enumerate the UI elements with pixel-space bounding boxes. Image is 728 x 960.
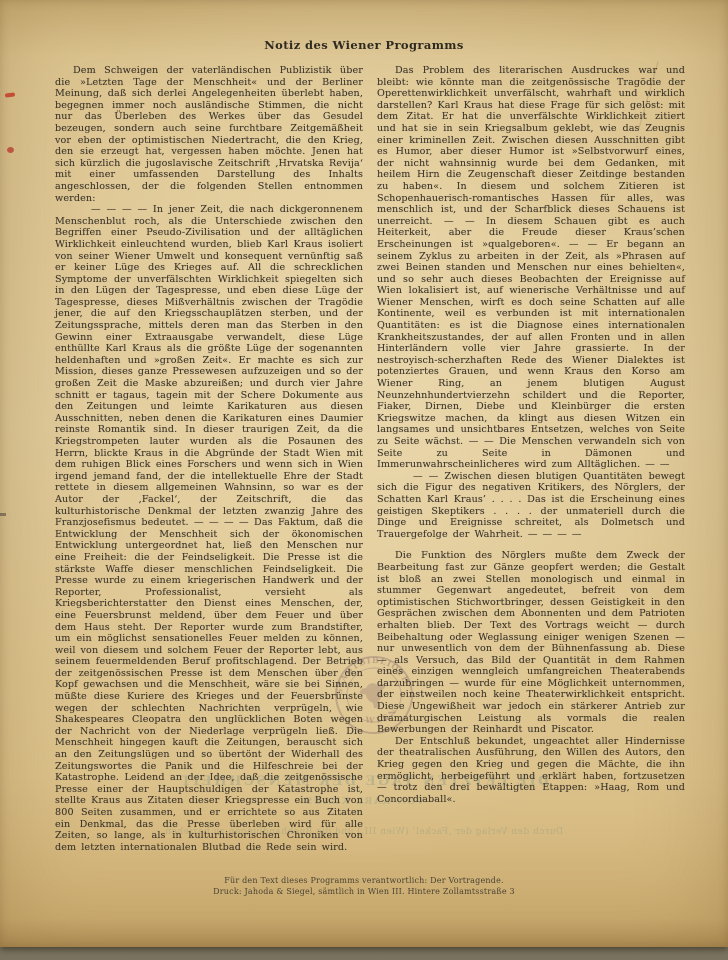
right-column: Das Problem des literarischen Ausdruckes…	[377, 65, 685, 853]
paragraph-problem: Das Problem des literarischen Ausdruckes…	[377, 65, 685, 471]
paragraph-noergler-figure: — — Zwischen diesen blutigen Quantitäten…	[377, 471, 685, 541]
paragraph-intro: Dem Schweigen der vaterländischen Publiz…	[55, 65, 363, 204]
red-pencil-dot	[7, 147, 14, 153]
paragraph-funktion: Die Funktion des Nörglers mußte dem Zwec…	[377, 550, 685, 736]
scanned-program-page: Notiz des Wiener Programms Dem Schweigen…	[0, 0, 728, 947]
imprint-printer: Druck: Jahoda & Siegel, sämtlich in Wien…	[0, 887, 728, 898]
imprint-footer: Für den Text dieses Programms verantwort…	[0, 876, 728, 897]
edge-smudge	[0, 513, 6, 516]
paragraph-entschluss: Der Entschluß bekundet, ungeachtet aller…	[377, 736, 685, 806]
text-columns: Dem Schweigen der vaterländischen Publiz…	[0, 65, 728, 853]
imprint-responsibility: Für den Text dieses Programms verantwort…	[0, 876, 728, 887]
paragraph-quote: — — — — In jener Zeit, die nach dickgero…	[55, 204, 363, 853]
page-title: Notiz des Wiener Programms	[0, 38, 728, 52]
left-column: Dem Schweigen der vaterländischen Publiz…	[55, 65, 363, 853]
